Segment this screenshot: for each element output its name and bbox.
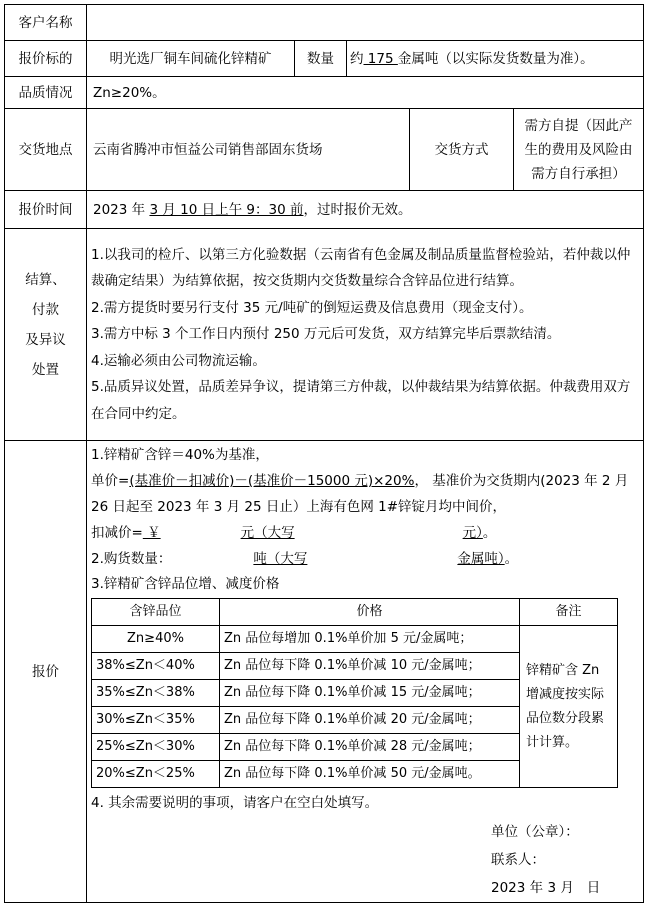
quote-label: 报价 xyxy=(5,441,87,903)
item2-prefix: 2.购货数量： xyxy=(91,551,171,567)
row-quality: 品质情况 Zn≥20%。 xyxy=(5,77,644,109)
grade-cell: 25%≤Zn＜30% xyxy=(92,734,220,761)
price-cell: Zn 品位每增加 0.1%单价加 5 元/金属吨； xyxy=(220,626,520,653)
table-row: Zn≥40% Zn 品位每增加 0.1%单价加 5 元/金属吨； 锌精矿含 Zn… xyxy=(92,626,618,653)
formula-expression: (基准价－扣减价)－(基准价－15000 元)×20% xyxy=(129,473,414,489)
subject-label: 报价标的 xyxy=(5,41,87,77)
quantity-prefix: 约 xyxy=(350,51,364,67)
settlement-label-line: 处置 xyxy=(7,355,84,385)
settlement-item: 3.需方中标 3 个工作日内预付 250 万元后可发货，双方结算完毕后票款结清。 xyxy=(91,321,639,348)
settlement-item: 1.以我司的检斤、以第三方化验数据（云南省有色金属及制品质量监督检验站，若仲裁以… xyxy=(91,242,639,295)
price-cell: Zn 品位每下降 0.1%单价减 15 元/金属吨； xyxy=(220,680,520,707)
row-quote: 报价 1.锌精矿含锌＝40%为基准， 单价=(基准价－扣减价)－(基准价－150… xyxy=(5,441,644,903)
grade-cell: Zn≥40% xyxy=(92,626,220,653)
header-price: 价格 xyxy=(220,599,520,626)
settlement-item: 2.需方提货时要另行支付 35 元/吨矿的倒短运费及信息费用（现金支付）。 xyxy=(91,295,639,322)
signature-unit: 单位（公章）： xyxy=(91,818,639,846)
quote-item4: 4. 其余需要说明的事项，请客户在空白处填写。 xyxy=(91,788,639,818)
deduction-unit-end: 元） xyxy=(463,525,483,541)
quality-value: Zn≥20%。 xyxy=(87,77,644,109)
quality-label: 品质情况 xyxy=(5,77,87,109)
quote-time-year: 2023 年 xyxy=(93,202,149,218)
quote-content: 1.锌精矿含锌＝40%为基准， 单价=(基准价－扣减价)－(基准价－15000 … xyxy=(87,441,644,903)
price-cell: Zn 品位每下降 0.1%单价减 20 元/金属吨； xyxy=(220,707,520,734)
delivery-method-value: 需方自提（因此产生的费用及风险由需方自行承担） xyxy=(514,109,644,191)
deduction-end: 。 xyxy=(483,525,497,541)
formula-prefix: 单价= xyxy=(91,473,129,489)
quote-formula: 单价=(基准价－扣减价)－(基准价－15000 元)×20%， 基准价为交货期内… xyxy=(91,468,639,520)
item2-unit-end: 金属吨） xyxy=(457,551,504,567)
quote-deadline: 3 月 10 日上午 9：30 前 xyxy=(149,202,303,218)
row-settlement: 结算、 付款 及异议 处置 1.以我司的检斤、以第三方化验数据（云南省有色金属及… xyxy=(5,229,644,441)
row-quote-time: 报价时间 2023 年 3 月 10 日上午 9：30 前，过时报价无效。 xyxy=(5,191,644,229)
settlement-label: 结算、 付款 及异议 处置 xyxy=(5,229,87,441)
settlement-content: 1.以我司的检斤、以第三方化验数据（云南省有色金属及制品质量监督检验站，若仲裁以… xyxy=(87,229,644,441)
settlement-label-line: 结算、 xyxy=(7,265,84,295)
quote-time-value: 2023 年 3 月 10 日上午 9：30 前，过时报价无效。 xyxy=(87,191,644,229)
subject-value: 明光选厂铜车间硫化锌精矿 xyxy=(87,41,295,77)
row-subject: 报价标的 明光选厂铜车间硫化锌精矿 数量 约 175 金属吨（以实际发货数量为准… xyxy=(5,41,644,77)
delivery-place-label: 交货地点 xyxy=(5,109,87,191)
grade-table-header: 含锌品位 价格 备注 xyxy=(92,599,618,626)
grade-cell: 35%≤Zn＜38% xyxy=(92,680,220,707)
grade-price-table: 含锌品位 价格 备注 Zn≥40% Zn 品位每增加 0.1%单价加 5 元/金… xyxy=(91,598,618,788)
price-cell: Zn 品位每下降 0.1%单价减 10 元/金属吨； xyxy=(220,653,520,680)
header-grade: 含锌品位 xyxy=(92,599,220,626)
settlement-item: 4.运输必须由公司物流运输。 xyxy=(91,348,639,375)
deduction-field[interactable]: ￥元（大写元） xyxy=(143,525,483,541)
quotation-form: 客户名称 报价标的 明光选厂铜车间硫化锌精矿 数量 约 175 金属吨（以实际发… xyxy=(4,4,644,903)
item2-unit: 吨（大写 xyxy=(253,551,307,567)
quote-time-label: 报价时间 xyxy=(5,191,87,229)
signature-contact: 联系人： xyxy=(91,846,639,874)
quote-time-suffix: ，过时报价无效。 xyxy=(303,202,411,218)
price-cell: Zn 品位每下降 0.1%单价减 28 元/金属吨； xyxy=(220,734,520,761)
customer-name-field[interactable] xyxy=(87,5,644,41)
grade-cell: 38%≤Zn＜40% xyxy=(92,653,220,680)
grade-cell: 30%≤Zn＜35% xyxy=(92,707,220,734)
settlement-item: 5.品质异议处置，品质差异争议，提请第三方仲裁，以仲裁结果为结算依据。仲裁费用双… xyxy=(91,374,639,427)
grade-cell: 20%≤Zn＜25% xyxy=(92,761,220,788)
quantity-label: 数量 xyxy=(295,41,347,77)
quote-item3-title: 3.锌精矿含锌品位增、减度价格 xyxy=(91,572,639,596)
quote-item2: 2.购货数量：吨（大写金属吨）。 xyxy=(91,546,639,572)
delivery-method-label: 交货方式 xyxy=(410,109,514,191)
header-remark: 备注 xyxy=(520,599,618,626)
customer-name-label: 客户名称 xyxy=(5,5,87,41)
quantity-suffix: 金属吨（以实际发货数量为准）。 xyxy=(398,51,594,67)
row-customer-name: 客户名称 xyxy=(5,5,644,41)
quantity-value-cell: 约 175 金属吨（以实际发货数量为准）。 xyxy=(347,41,644,77)
settlement-label-line: 及异议 xyxy=(7,325,84,355)
deduction-currency: ￥ xyxy=(143,525,161,541)
settlement-label-line: 付款 xyxy=(7,295,84,325)
quote-deduction: 扣减价= ￥元（大写元）。 xyxy=(91,520,639,546)
item2-end: 。 xyxy=(505,551,519,567)
signature-date: 2023 年 3 月 日 xyxy=(91,874,639,902)
quantity-number: 175 xyxy=(364,51,398,67)
row-delivery: 交货地点 云南省腾冲市恒益公司销售部固东货场 交货方式 需方自提（因此产生的费用… xyxy=(5,109,644,191)
quote-item1-title: 1.锌精矿含锌＝40%为基准， xyxy=(91,442,639,468)
remark-cell: 锌精矿含 Zn 增减度按实际品位数分段累计计算。 xyxy=(520,626,618,788)
deduction-unit: 元（大写 xyxy=(241,525,295,541)
deduction-prefix: 扣减价= xyxy=(91,525,143,541)
purchase-quantity-field[interactable]: 吨（大写金属吨） xyxy=(171,551,504,567)
price-cell: Zn 品位每下降 0.1%单价减 50 元/金属吨。 xyxy=(220,761,520,788)
delivery-place-value: 云南省腾冲市恒益公司销售部固东货场 xyxy=(87,109,410,191)
